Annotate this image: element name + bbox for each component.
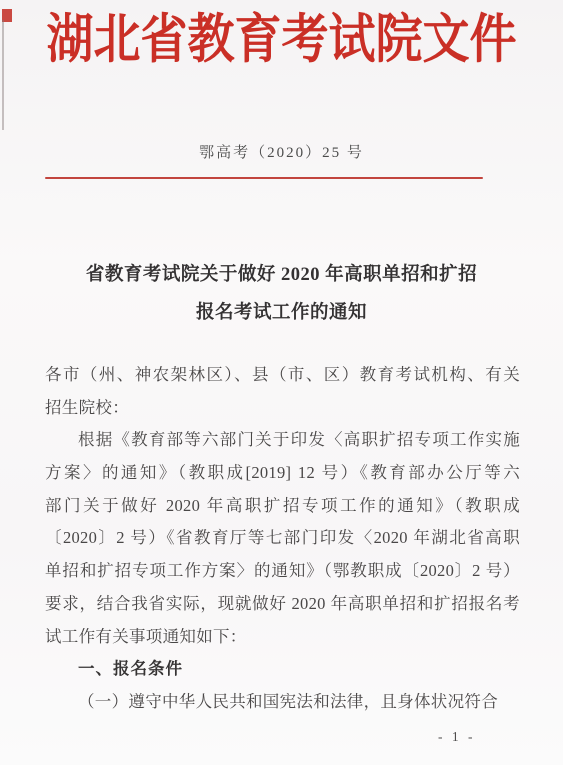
body-line-paragraph: 〔2020〕2 号）《省教育厅等七部门印发〈2020 年湖北省高职: [45, 522, 520, 555]
body-line-paragraph: 部门关于做好 2020 年高职扩招专项工作的通知》（教职成: [45, 490, 520, 523]
body-line-paragraph: 要求，结合我省实际，现就做好 2020 年高职单招和扩招报名考: [45, 588, 520, 621]
document-body: 各市（州、神农架林区）、县（市、区）教育考试机构、有关 招生院校： 根据《教育部…: [45, 359, 520, 719]
body-line-salutation-1: 各市（州、神农架林区）、县（市、区）教育考试机构、有关: [45, 359, 520, 392]
body-line-paragraph: 方案〉的通知》（教职成[2019] 12 号）《教育部办公厅等六: [45, 457, 520, 490]
page-number: - 1 -: [438, 729, 476, 745]
letterhead-title: 湖北省教育考试院文件: [0, 2, 563, 80]
body-line-paragraph: 试工作有关事项通知如下：: [45, 621, 520, 654]
document-title: 省教育考试院关于做好 2020 年高职单招和扩招 报名考试工作的通知: [30, 256, 533, 332]
letterhead-divider-rule: [45, 177, 483, 179]
body-line-paragraph: 单招和扩招专项工作方案〉的通知》（鄂教职成〔2020〕2 号）: [45, 555, 520, 588]
body-line-condition-1: （一）遵守中华人民共和国宪法和法律，且身体状况符合: [45, 686, 520, 719]
body-heading-registration-conditions: 一、报名条件: [45, 653, 520, 686]
document-title-line1: 省教育考试院关于做好 2020 年高职单招和扩招: [30, 256, 533, 294]
document-number: 鄂高考（2020）25 号: [0, 141, 563, 162]
document-title-line2: 报名考试工作的通知: [30, 294, 533, 332]
body-line-salutation-2: 招生院校：: [45, 392, 520, 425]
scanned-document-page: 湖北省教育考试院文件 鄂高考（2020）25 号 省教育考试院关于做好 2020…: [0, 0, 563, 765]
body-line-paragraph: 根据《教育部等六部门关于印发〈高职扩招专项工作实施: [45, 424, 520, 457]
